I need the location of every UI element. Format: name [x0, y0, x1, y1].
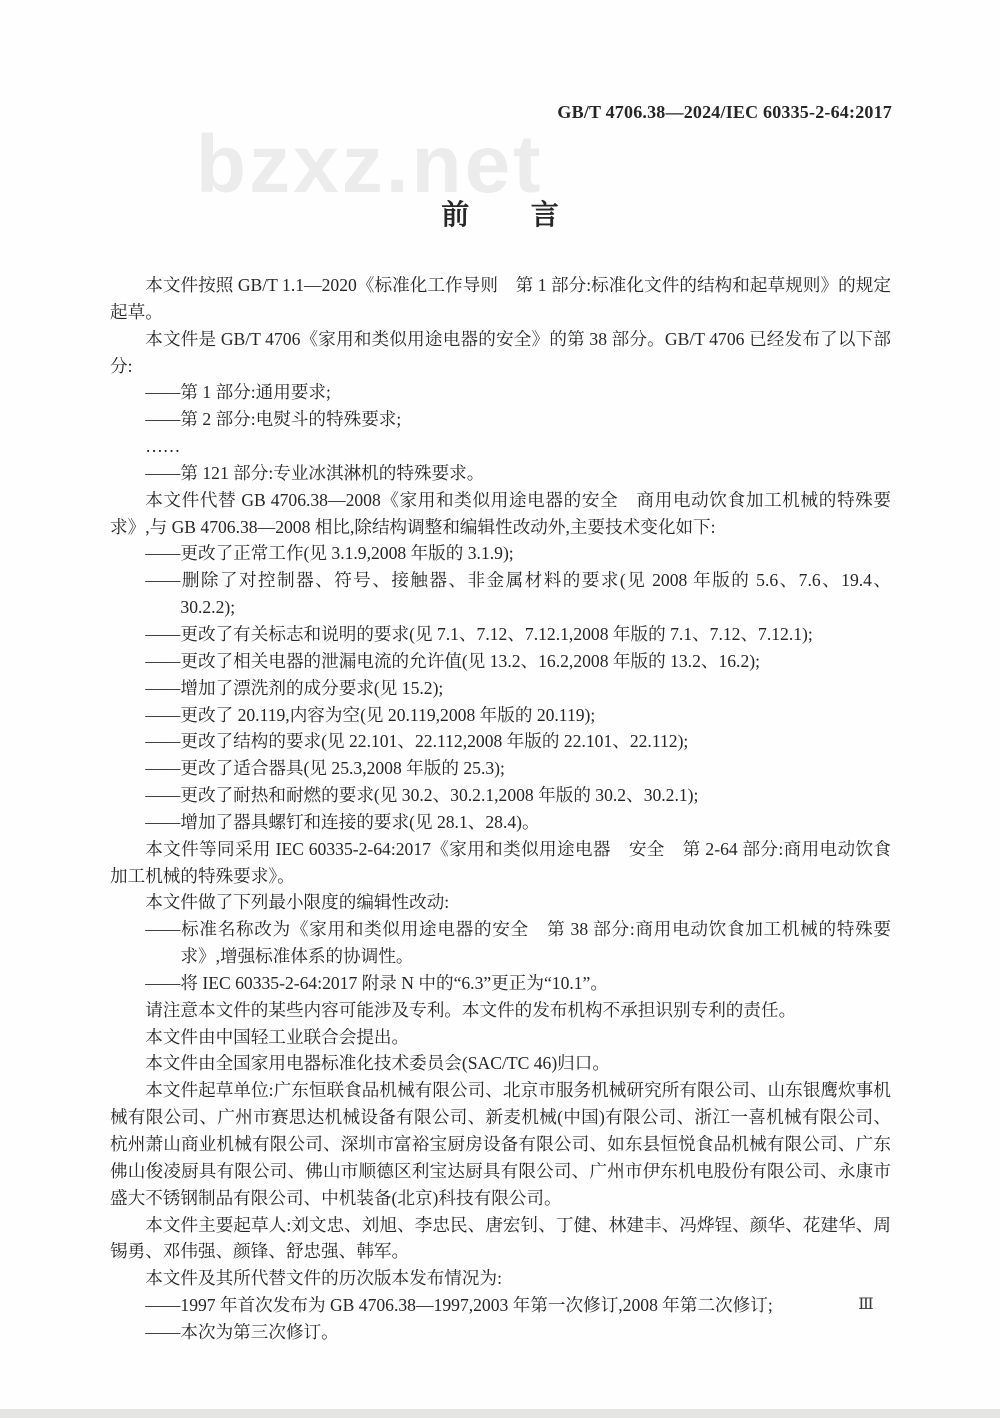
list-item: ——增加了漂洗剂的成分要求(见 15.2); — [110, 675, 891, 702]
list-item: ——将 IEC 60335-2-64:2017 附录 N 中的“6.3”更正为“… — [110, 970, 891, 997]
paragraph: 本文件起草单位:广东恒联食品机械有限公司、北京市服务机械研究所有限公司、山东银鹰… — [110, 1077, 891, 1211]
page-title-text: 前言 — [441, 200, 620, 231]
list-item: ——更改了正常工作(见 3.1.9,2008 年版的 3.1.9); — [110, 540, 891, 567]
list-item: ——更改了相关电器的泄漏电流的允许值(见 13.2、16.2,2008 年版的 … — [110, 648, 891, 675]
paragraph: 本文件等同采用 IEC 60335-2-64:2017《家用和类似用途电器 安全… — [110, 836, 891, 890]
paragraph: 本文件代替 GB 4706.38—2008《家用和类似用途电器的安全 商用电动饮… — [110, 487, 891, 541]
paragraph: 本文件及其所代替文件的历次版本发布情况为: — [110, 1265, 891, 1292]
paragraph: 本文件由全国家用电器标准化技术委员会(SAC/TC 46)归口。 — [110, 1050, 891, 1077]
list-item: ——更改了适合器具(见 25.3,2008 年版的 25.3); — [110, 755, 891, 782]
list-item: ——更改了有关标志和说明的要求(见 7.1、7.12、7.12.1,2008 年… — [110, 621, 891, 648]
paragraph: 本文件做了下列最小限度的编辑性改动: — [110, 889, 891, 916]
list-item: ——标准名称改为《家用和类似用途电器的安全 第 38 部分:商用电动饮食加工机械… — [110, 916, 891, 970]
paragraph: 本文件是 GB/T 4706《家用和类似用途电器的安全》的第 38 部分。GB/… — [110, 326, 891, 380]
list-item: ——增加了器具螺钉和连接的要求(见 28.1、28.4)。 — [110, 809, 891, 836]
list-item: ——本次为第三次修订。 — [110, 1319, 891, 1346]
document-body: 本文件按照 GB/T 1.1—2020《标准化工作导则 第 1 部分:标准化文件… — [110, 272, 891, 1346]
standard-number-header: GB/T 4706.38—2024/IEC 60335-2-64:2017 — [110, 102, 892, 123]
list-item: ——1997 年首次发布为 GB 4706.38—1997,2003 年第一次修… — [110, 1292, 891, 1319]
document-page: bzxz.net GB/T 4706.38—2024/IEC 60335-2-6… — [0, 0, 1000, 1418]
paragraph: 请注意本文件的某些内容可能涉及专利。本文件的发布机构不承担识别专利的责任。 — [110, 997, 891, 1024]
page-title: 前言 — [0, 193, 1000, 233]
list-item: ——更改了结构的要求(见 22.101、22.112,2008 年版的 22.1… — [110, 728, 891, 755]
list-item: ——第 2 部分:电熨斗的特殊要求; — [110, 406, 891, 433]
list-item: ——更改了 20.119,内容为空(见 20.119,2008 年版的 20.1… — [110, 702, 891, 729]
paragraph: 本文件主要起草人:刘文忠、刘旭、李忠民、唐宏钊、丁健、林建丰、冯烨锃、颜华、花建… — [110, 1212, 891, 1266]
list-item: ——第 121 部分:专业冰淇淋机的特殊要求。 — [110, 460, 891, 487]
paragraph: 本文件按照 GB/T 1.1—2020《标准化工作导则 第 1 部分:标准化文件… — [110, 272, 891, 326]
list-item: ——删除了对控制器、符号、接触器、非金属材料的要求(见 2008 年版的 5.6… — [110, 567, 891, 621]
list-item: ——第 1 部分:通用要求; — [110, 379, 891, 406]
paragraph: …… — [110, 433, 891, 460]
page-bottom-edge — [0, 1409, 1000, 1418]
list-item: ——更改了耐热和耐燃的要求(见 30.2、30.2.1,2008 年版的 30.… — [110, 782, 891, 809]
paragraph: 本文件由中国轻工业联合会提出。 — [110, 1024, 891, 1051]
page-number: Ⅲ — [848, 1294, 884, 1314]
